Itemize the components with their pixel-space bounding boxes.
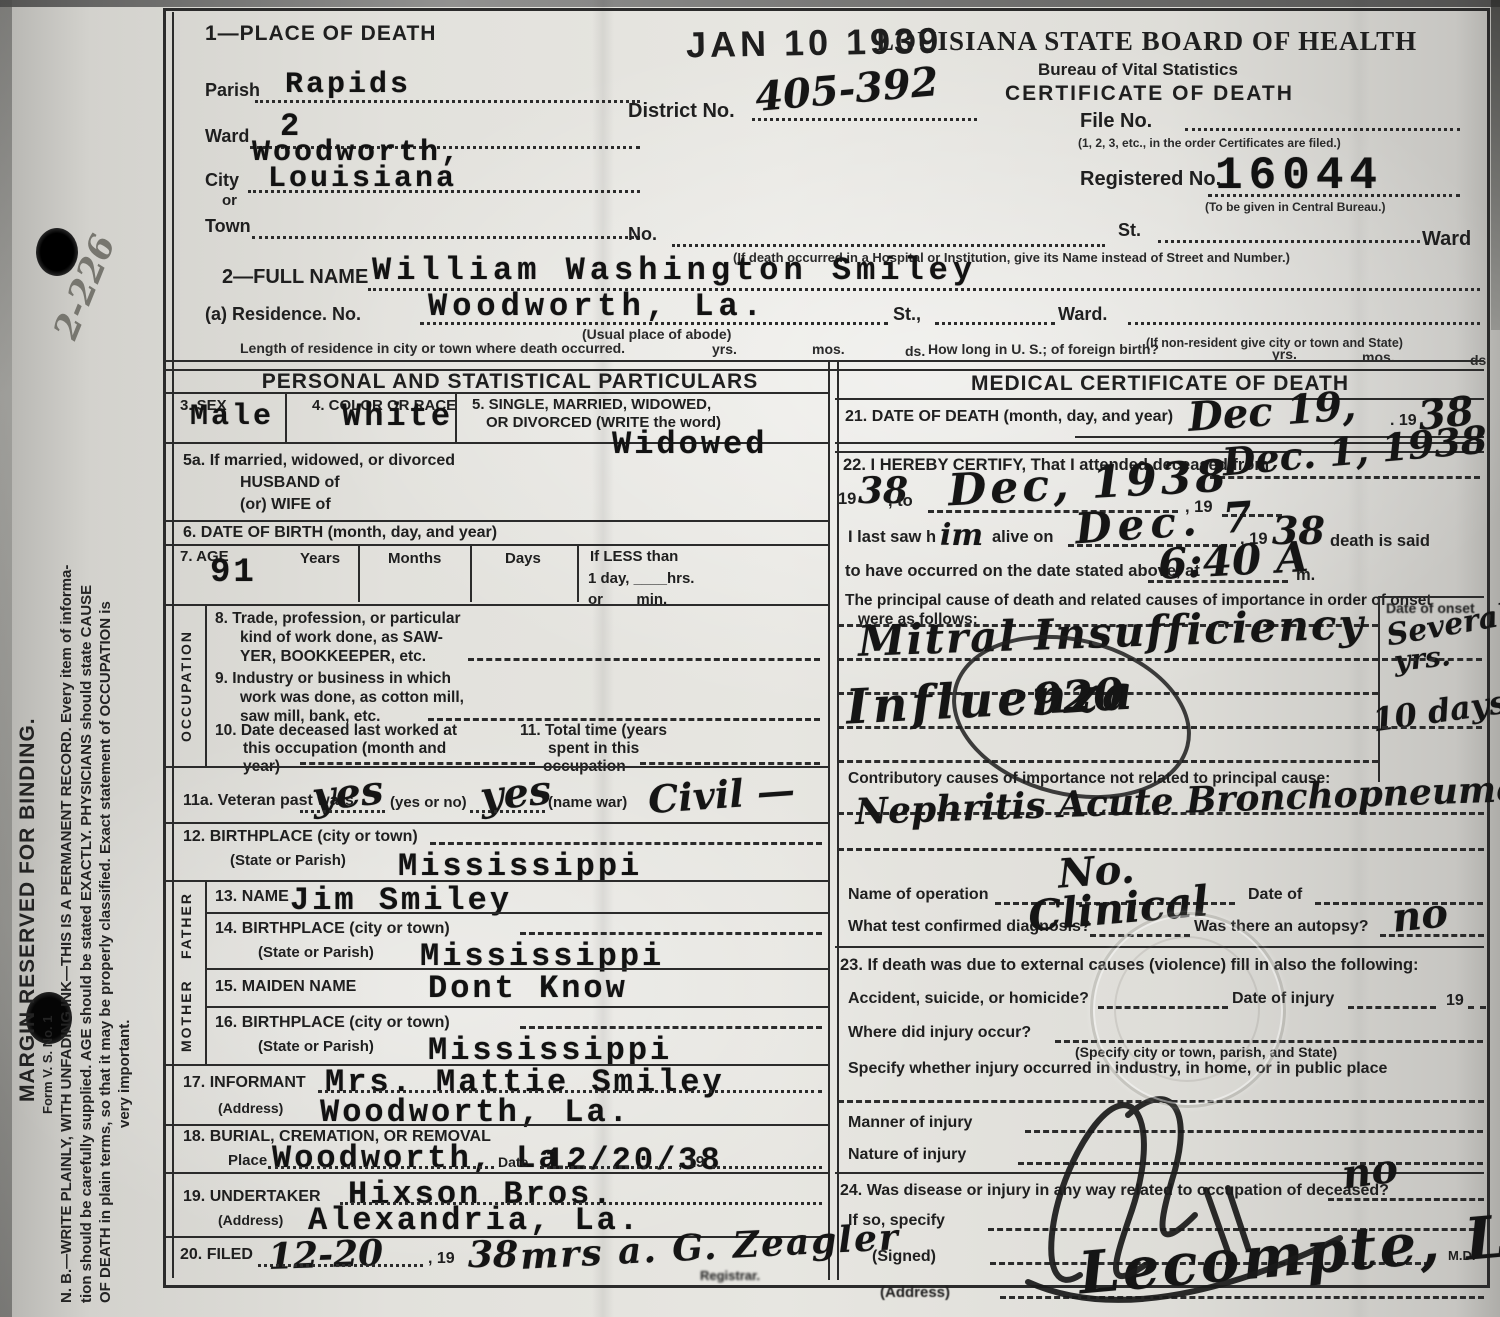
file-no-label: File No. bbox=[1080, 110, 1152, 133]
scan-edge-right bbox=[1491, 0, 1500, 330]
burial-date-line bbox=[540, 1166, 672, 1169]
last-saw-b: alive on bbox=[992, 528, 1053, 547]
occurred-m-label: m. bbox=[1296, 566, 1315, 585]
residence-line bbox=[420, 322, 888, 325]
row-line bbox=[205, 1006, 828, 1008]
ward2-label: Ward bbox=[1422, 228, 1471, 251]
occ11-line2: spent in this bbox=[548, 740, 639, 758]
injury-19-line bbox=[1468, 1006, 1486, 1009]
birthplace-state-note: (State or Parish) bbox=[230, 852, 346, 869]
full-name-label: 2—FULL NAME bbox=[222, 266, 368, 289]
contrib-line-2 bbox=[838, 848, 1484, 851]
mother-birthplace-state-note: (State or Parish) bbox=[258, 1038, 374, 1055]
file-no-line bbox=[1185, 128, 1460, 131]
residence-ward-label: Ward. bbox=[1058, 304, 1107, 325]
scanned-death-certificate: MARGIN RESERVED FOR BINDING. Form V. S. … bbox=[0, 0, 1500, 1317]
age-value: 91 bbox=[210, 554, 257, 592]
occ10-line bbox=[300, 762, 535, 765]
row-line bbox=[166, 544, 828, 546]
operation-date-label: Date of bbox=[1248, 886, 1302, 904]
length-residence-label: Length of residence in city or town wher… bbox=[240, 340, 625, 356]
cell-line bbox=[285, 392, 287, 442]
board-title: LOUISIANA STATE BOARD OF HEALTH bbox=[876, 26, 1417, 57]
row-line bbox=[166, 1124, 828, 1126]
side-col-line bbox=[205, 880, 207, 1066]
dob-label: 6. DATE OF BIRTH (month, day, and year) bbox=[183, 524, 497, 542]
residence-value: Woodworth, La. bbox=[428, 288, 767, 325]
cell-line bbox=[470, 544, 472, 602]
occ9-line bbox=[428, 718, 820, 721]
certify-to-label: , to bbox=[888, 492, 913, 511]
mother-side-label: MOTHER bbox=[178, 972, 194, 1060]
place-of-death-section-label: 1—PLACE OF DEATH bbox=[205, 22, 436, 46]
no-label: No. bbox=[628, 224, 657, 245]
bureau-subtitle: Bureau of Vital Statistics bbox=[1038, 60, 1238, 80]
row-line bbox=[166, 766, 828, 768]
certify-from-line bbox=[1210, 476, 1480, 479]
district-line bbox=[752, 118, 977, 121]
occ11-line1: 11. Total time (years bbox=[520, 722, 667, 740]
personal-section-header: PERSONAL AND STATISTICAL PARTICULARS bbox=[200, 370, 820, 394]
or-label: or bbox=[222, 192, 237, 209]
margin-binding-text: MARGIN RESERVED FOR BINDING. bbox=[16, 322, 40, 1102]
st-label: St. bbox=[1118, 220, 1141, 241]
st-line bbox=[1158, 240, 1420, 243]
signed-label: (Signed) bbox=[872, 1248, 936, 1266]
age-less-1: If LESS than bbox=[590, 548, 678, 565]
undertaker-address-label: (Address) bbox=[218, 1212, 283, 1228]
registered-note: (To be given in Central Bureau.) bbox=[1205, 200, 1385, 214]
father-birthplace-label: 14. BIRTHPLACE (city or town) bbox=[215, 920, 450, 938]
occ10-line2: this occupation (month and bbox=[243, 740, 446, 758]
row-line bbox=[205, 912, 828, 914]
registrar-label: Registrar. bbox=[700, 1268, 760, 1283]
row-line bbox=[166, 604, 828, 606]
district-label: District No. bbox=[628, 100, 735, 123]
age-less-2: 1 day, ____hrs. bbox=[588, 570, 694, 587]
date-of-injury-line bbox=[1348, 1006, 1436, 1009]
registered-label: Registered No. bbox=[1080, 168, 1221, 191]
veteran-line-2 bbox=[470, 810, 545, 813]
occ8-line1: 8. Trade, profession, or particular bbox=[215, 610, 461, 628]
cell-line bbox=[358, 544, 360, 602]
row-line bbox=[166, 822, 828, 824]
town-label: Town bbox=[205, 216, 251, 237]
occ8-line bbox=[468, 658, 820, 661]
cause-code-value: 920 bbox=[1030, 669, 1125, 726]
occ9-line1: 9. Industry or business in which bbox=[215, 670, 451, 688]
marital-value: Widowed bbox=[612, 426, 767, 463]
full-name-value: William Washington Smiley bbox=[372, 252, 977, 289]
length-yrs: yrs. bbox=[712, 341, 737, 357]
certify-19a: 19 bbox=[838, 490, 856, 509]
margin-form-number: Form V. S. No. 1 bbox=[40, 984, 55, 1114]
embossed-seal-inner bbox=[1114, 936, 1260, 1082]
length-ds: ds. bbox=[905, 343, 925, 359]
row-line bbox=[166, 392, 828, 394]
undertaker-label: 19. UNDERTAKER bbox=[183, 1188, 321, 1206]
row-line bbox=[835, 398, 1484, 400]
occurred-line bbox=[1148, 580, 1288, 583]
scan-edge-left bbox=[0, 0, 12, 1317]
marital-label-1: 5. SINGLE, MARRIED, WIDOWED, bbox=[472, 396, 711, 413]
file-no-note: (1, 2, 3, etc., in the order Certificate… bbox=[1078, 136, 1341, 150]
city-line bbox=[248, 190, 640, 193]
sex-value: Male bbox=[190, 400, 274, 434]
occ8-line3: YER, BOOKKEEPER, etc. bbox=[240, 648, 426, 666]
row-line bbox=[166, 520, 828, 522]
last-saw-a: I last saw h bbox=[848, 528, 936, 547]
filed-year-value: 38 bbox=[468, 1234, 518, 1276]
5a-label: 5a. If married, widowed, or divorced bbox=[183, 452, 455, 470]
informant-address-label: (Address) bbox=[218, 1100, 283, 1116]
occ10-line1: 10. Date deceased last worked at bbox=[215, 722, 457, 740]
birthplace-line bbox=[430, 842, 822, 845]
if-so-specify-label: If so, specify bbox=[848, 1212, 945, 1230]
city-label: City bbox=[205, 170, 239, 191]
margin-nb-line-4: very important. bbox=[116, 998, 133, 1128]
medical-section-header: MEDICAL CERTIFICATE OF DEATH bbox=[845, 372, 1475, 396]
parish-label: Parish bbox=[205, 80, 260, 101]
no-line bbox=[672, 244, 1105, 247]
town-line bbox=[252, 236, 640, 239]
informant-label: 17. INFORMANT bbox=[183, 1074, 306, 1092]
residence-ward-line bbox=[1128, 322, 1480, 325]
operation-label: Name of operation bbox=[848, 886, 988, 904]
veteran-note-1: (yes or no) bbox=[390, 794, 467, 811]
father-birthplace-state-note: (State or Parish) bbox=[258, 944, 374, 961]
filed-label: 20. FILED bbox=[180, 1246, 253, 1264]
manner-of-injury-label: Manner of injury bbox=[848, 1114, 972, 1132]
occ9-line2: work was done, as cotton mill, bbox=[240, 689, 464, 707]
race-value: White bbox=[342, 398, 453, 435]
filed-19-label: , 19 bbox=[428, 1250, 455, 1268]
residence-st-label: St., bbox=[893, 304, 921, 325]
last-saw-c: death is said bbox=[1330, 532, 1430, 551]
mother-maiden-label: 15. MAIDEN NAME bbox=[215, 978, 356, 996]
filed-line-1 bbox=[258, 1264, 423, 1267]
veteran-line-1 bbox=[300, 810, 385, 813]
where-injury-label: Where did injury occur? bbox=[848, 1024, 1031, 1042]
filed-date-value: 12-20 bbox=[267, 1232, 384, 1278]
onset-line-1 bbox=[1382, 658, 1482, 661]
occurred-label: to have occurred on the date stated abov… bbox=[845, 562, 1200, 581]
onset-box-top bbox=[1378, 596, 1484, 598]
cell-line bbox=[577, 544, 579, 602]
nature-of-injury-label: Nature of injury bbox=[848, 1146, 966, 1164]
parish-line bbox=[255, 100, 640, 103]
last-saw-him: im bbox=[940, 518, 983, 553]
5a-wife: (or) WIFE of bbox=[240, 496, 331, 514]
accident-label: Accident, suicide, or homicide? bbox=[848, 990, 1089, 1008]
date-of-death-label: 21. DATE OF DEATH (month, day, and year) bbox=[845, 408, 1173, 426]
form-border-inner-left bbox=[172, 12, 174, 1278]
father-birthplace-line bbox=[520, 932, 822, 935]
side-col-line bbox=[205, 604, 207, 766]
cell-line bbox=[455, 392, 457, 442]
mother-birthplace-line bbox=[520, 1026, 822, 1029]
burial-place-label: Place bbox=[228, 1152, 267, 1169]
father-name-label: 13. NAME bbox=[215, 888, 289, 906]
us-length-label: How long in U. S.; of foreign birth? bbox=[928, 341, 1159, 357]
birthplace-label: 12. BIRTHPLACE (city or town) bbox=[183, 828, 418, 846]
informant-line bbox=[318, 1090, 822, 1093]
age-months-label: Months bbox=[388, 550, 441, 567]
onset-box-left bbox=[1378, 596, 1380, 782]
length-mos: mos. bbox=[812, 341, 845, 357]
age-days-label: Days bbox=[505, 550, 541, 567]
burial-place-line bbox=[268, 1166, 494, 1169]
occ11-line bbox=[640, 762, 820, 765]
burial-19-line bbox=[712, 1166, 822, 1169]
margin-nb-line-3: OF DEATH in plain terms, so that it may … bbox=[97, 158, 114, 1303]
autopsy-line bbox=[1380, 934, 1484, 937]
signature-address-label: (Address) bbox=[880, 1284, 950, 1301]
mother-maiden-value: Dont Know bbox=[428, 970, 628, 1007]
injury-19-label: 19 bbox=[1446, 992, 1464, 1010]
row-line bbox=[166, 1172, 828, 1174]
burial-19-label: , 19 bbox=[678, 1154, 705, 1172]
ward-label: Ward bbox=[205, 126, 249, 147]
registered-line bbox=[1208, 194, 1460, 197]
scan-edge-top bbox=[0, 0, 1500, 7]
age-years-label: Years bbox=[300, 550, 340, 567]
occupation-side-label: OCCUPATION bbox=[178, 610, 194, 762]
residence-st-line bbox=[935, 322, 1055, 325]
veteran-note-2: (name war) bbox=[548, 794, 627, 811]
burial-date-label: Date bbox=[498, 1154, 528, 1170]
residence-label: (a) Residence. No. bbox=[205, 304, 361, 325]
5a-husband: HUSBAND of bbox=[240, 474, 340, 492]
mother-birthplace-label: 16. BIRTHPLACE (city or town) bbox=[215, 1014, 450, 1032]
parish-value: Rapids bbox=[285, 68, 411, 102]
occ8-line2: kind of work done, as SAW- bbox=[240, 629, 443, 647]
certificate-title: CERTIFICATE OF DEATH bbox=[1005, 82, 1294, 106]
onset-line-2 bbox=[1382, 726, 1482, 729]
father-side-label: FATHER bbox=[178, 888, 194, 964]
